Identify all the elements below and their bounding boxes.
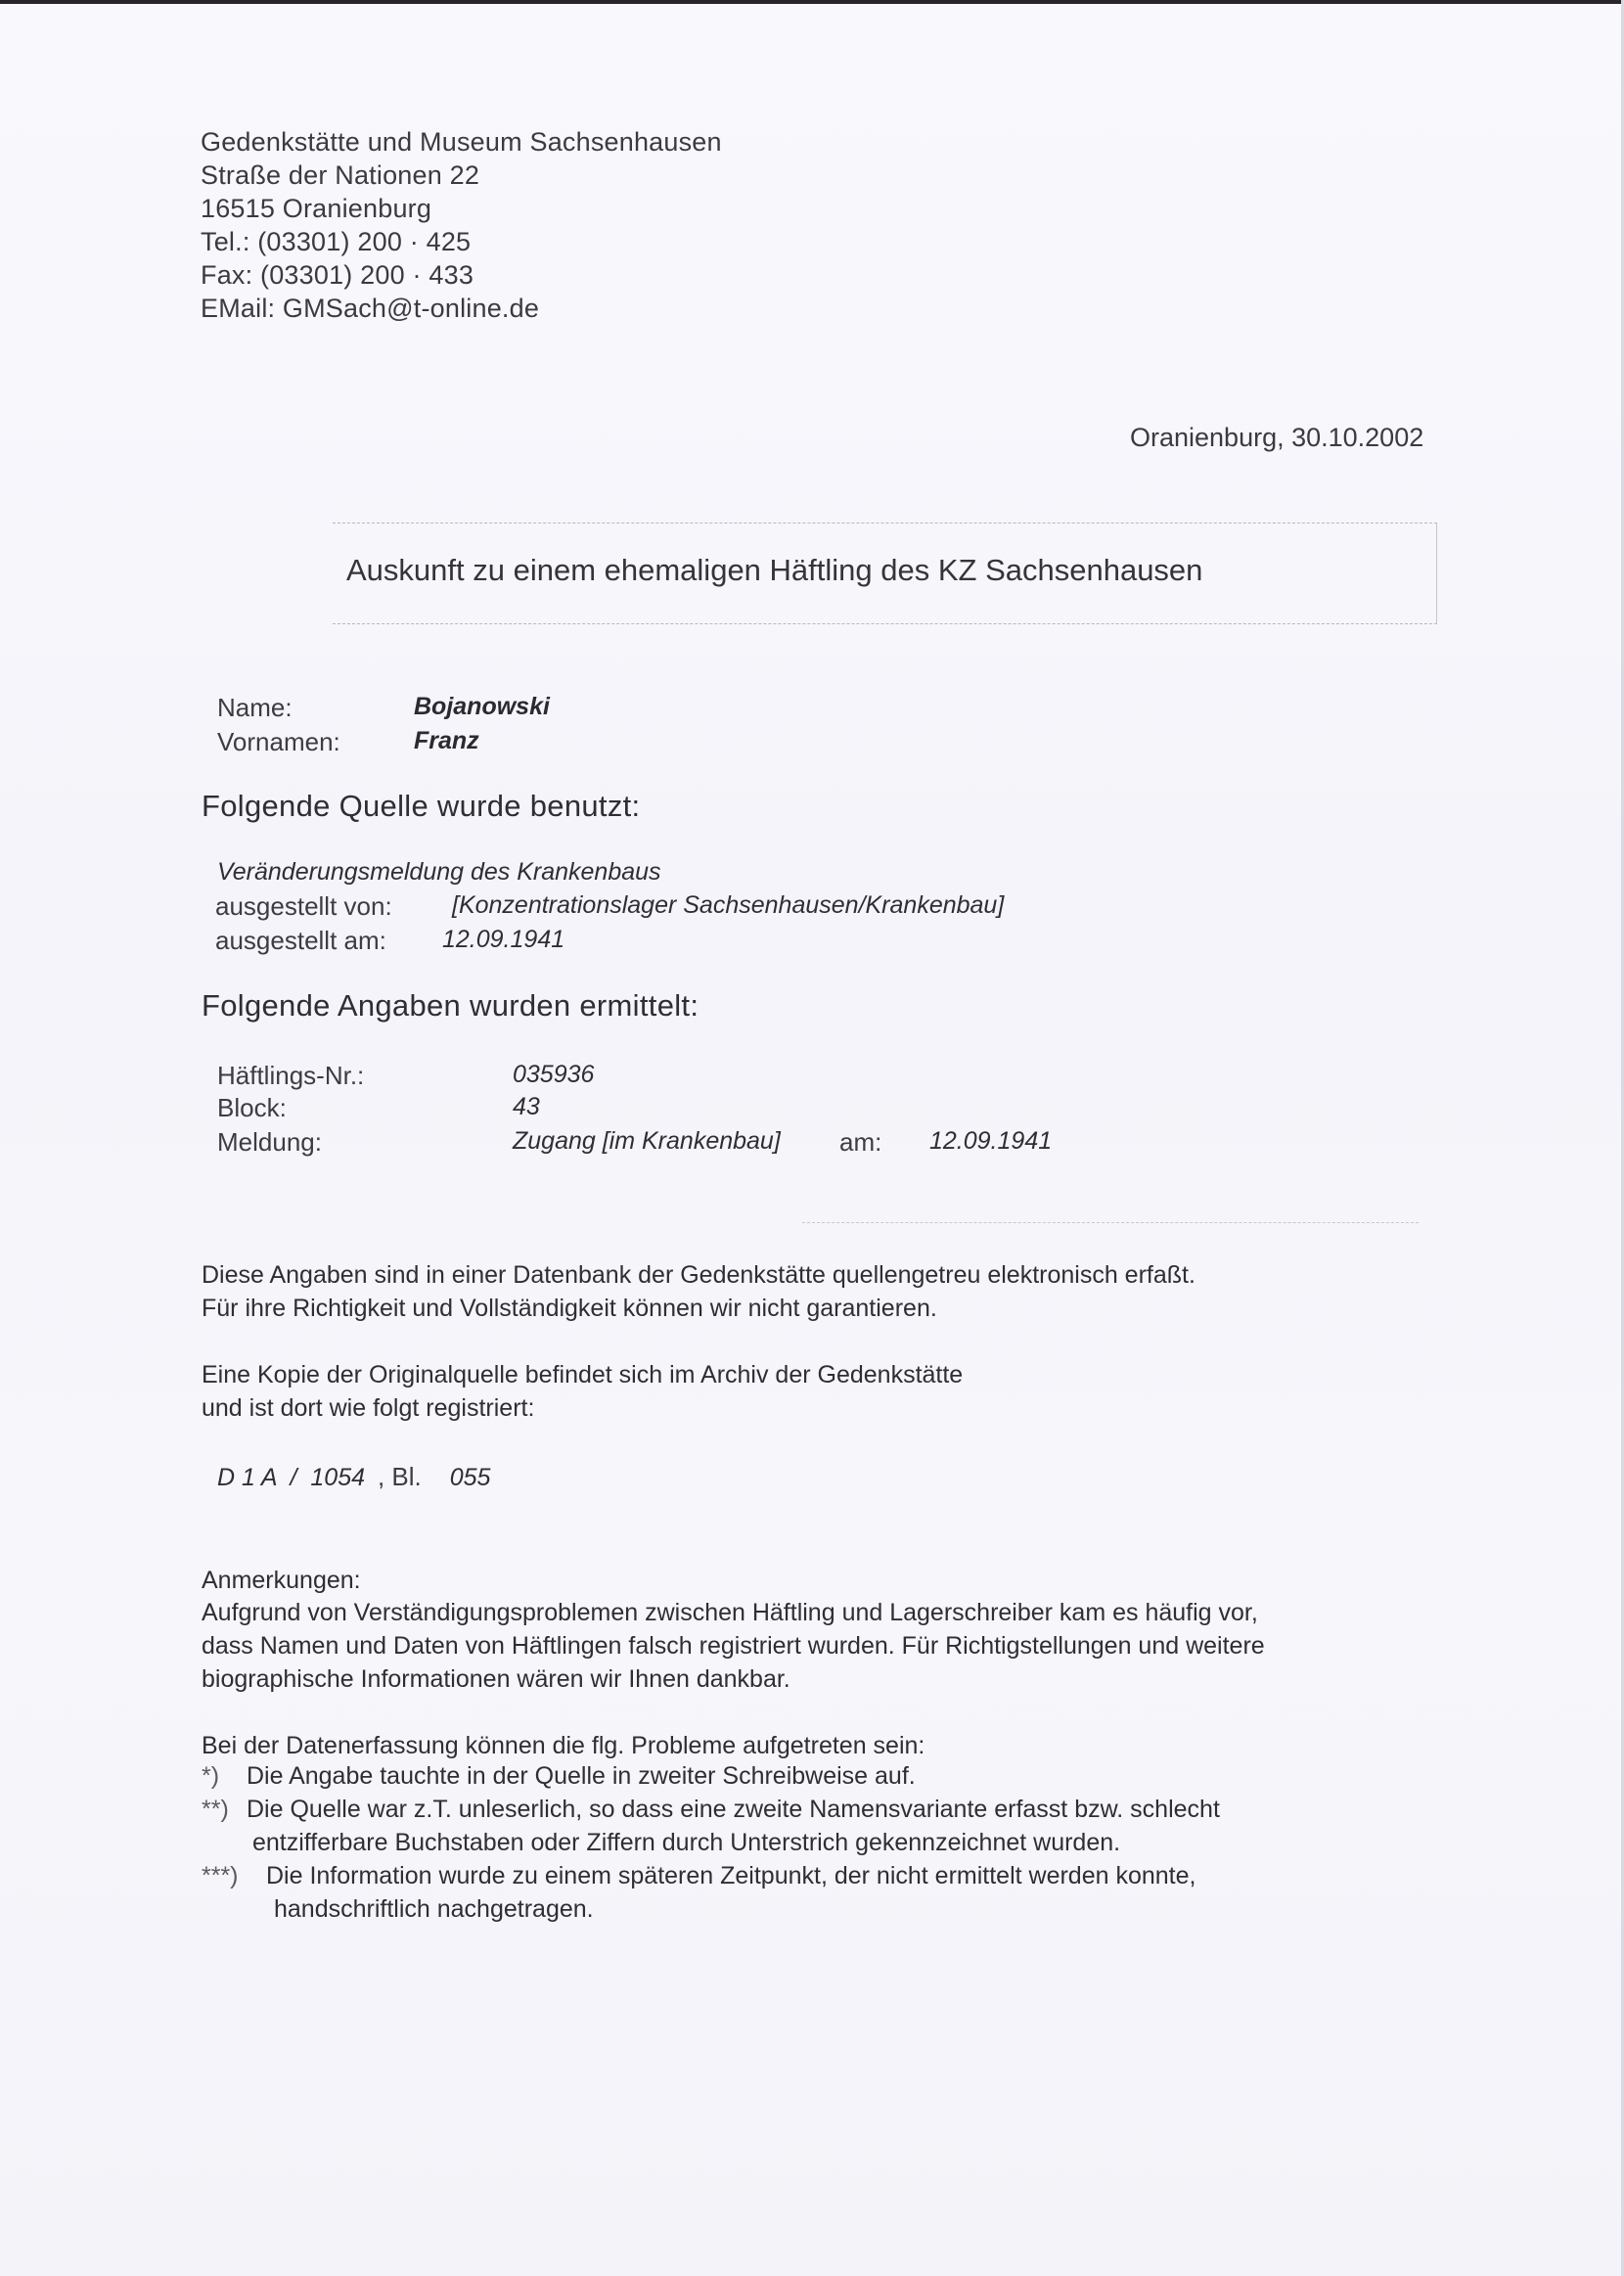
- place-and-date: Oranienburg, 30.10.2002: [1130, 423, 1423, 453]
- report-date-label: am:: [839, 1127, 881, 1158]
- footnote-marker: **): [202, 1796, 247, 1824]
- sender-address: Gedenkstätte und Museum Sachsenhausen St…: [201, 125, 722, 325]
- divider-line: [802, 1222, 1419, 1223]
- document-title: Auskunft zu einem ehemaligen Häftling de…: [346, 553, 1202, 588]
- problem-item-1: *)Die Angabe tauchte in der Quelle in zw…: [202, 1762, 916, 1791]
- remarks-line-1: Aufgrund von Verständigungsproblemen zwi…: [202, 1596, 1258, 1629]
- problem-text: Die Quelle war z.T. unleserlich, so dass…: [247, 1796, 1220, 1823]
- document-page: Gedenkstätte und Museum Sachsenhausen St…: [0, 4, 1621, 2276]
- problem-item-2: **)Die Quelle war z.T. unleserlich, so d…: [202, 1796, 1220, 1824]
- firstname-value: Franz: [414, 727, 479, 755]
- block-label: Block:: [217, 1093, 287, 1123]
- sender-fax: Fax: (03301) 200 · 433: [201, 258, 722, 292]
- report-date-value: 12.09.1941: [929, 1127, 1052, 1156]
- disclaimer-line-2: Für ihre Richtigkeit und Vollständigkeit…: [202, 1292, 937, 1325]
- remarks-line-2: dass Namen und Daten von Häftlingen fals…: [202, 1629, 1265, 1662]
- problem-item-2-continued: entzifferbare Buchstaben oder Ziffern du…: [252, 1829, 1120, 1857]
- remarks-heading: Anmerkungen:: [202, 1564, 361, 1597]
- archive-signature: D 1 A / 1054: [217, 1464, 365, 1491]
- name-label: Name:: [217, 693, 293, 723]
- problems-intro: Bei der Datenerfassung können die flg. P…: [202, 1729, 925, 1762]
- sender-institution: Gedenkstätte und Museum Sachsenhausen: [201, 125, 722, 159]
- sender-email: EMail: GMSach@t-online.de: [201, 292, 722, 325]
- sender-city: 16515 Oranienburg: [201, 192, 722, 225]
- prisoner-no-value: 035936: [513, 1061, 594, 1089]
- source-heading: Folgende Quelle wurde benutzt:: [202, 789, 640, 824]
- sender-street: Straße der Nationen 22: [201, 159, 722, 192]
- problem-text: Die Information wurde zu einem späteren …: [266, 1862, 1195, 1889]
- report-value: Zugang [im Krankenbau]: [513, 1127, 781, 1156]
- report-label: Meldung:: [217, 1127, 322, 1158]
- problem-text: Die Angabe tauchte in der Quelle in zwei…: [247, 1762, 916, 1790]
- archive-line-1: Eine Kopie der Originalquelle befindet s…: [202, 1358, 963, 1391]
- archive-line-2: und ist dort wie folgt registriert:: [202, 1391, 534, 1425]
- remarks-line-3: biographische Informationen wären wir Ih…: [202, 1662, 790, 1696]
- sheet-value: 055: [450, 1464, 491, 1491]
- archive-signature-row: D 1 A / 1054 , Bl. 055: [217, 1462, 490, 1492]
- problem-item-3: ***)Die Information wurde zu einem späte…: [202, 1862, 1195, 1890]
- name-value: Bojanowski: [414, 693, 550, 721]
- disclaimer-line-1: Diese Angaben sind in einer Datenbank de…: [202, 1258, 1195, 1292]
- findings-heading: Folgende Angaben wurden ermittelt:: [202, 988, 699, 1024]
- sender-tel: Tel.: (03301) 200 · 425: [201, 225, 722, 258]
- issued-on-value: 12.09.1941: [442, 926, 564, 954]
- source-document: Veränderungsmeldung des Krankenbaus: [217, 858, 661, 887]
- prisoner-no-label: Häftlings-Nr.:: [217, 1061, 364, 1091]
- issued-by-value: [Konzentrationslager Sachsenhausen/Krank…: [452, 891, 1004, 920]
- sheet-label: , Bl.: [378, 1462, 422, 1491]
- issued-by-label: ausgestellt von:: [215, 891, 392, 922]
- issued-on-label: ausgestellt am:: [215, 926, 386, 956]
- problem-item-3-continued: handschriftlich nachgetragen.: [274, 1895, 594, 1924]
- firstname-label: Vornamen:: [217, 727, 340, 757]
- block-value: 43: [513, 1093, 540, 1121]
- footnote-marker: ***): [202, 1862, 266, 1890]
- title-box: Auskunft zu einem ehemaligen Häftling de…: [333, 523, 1437, 624]
- footnote-marker: *): [202, 1762, 247, 1791]
